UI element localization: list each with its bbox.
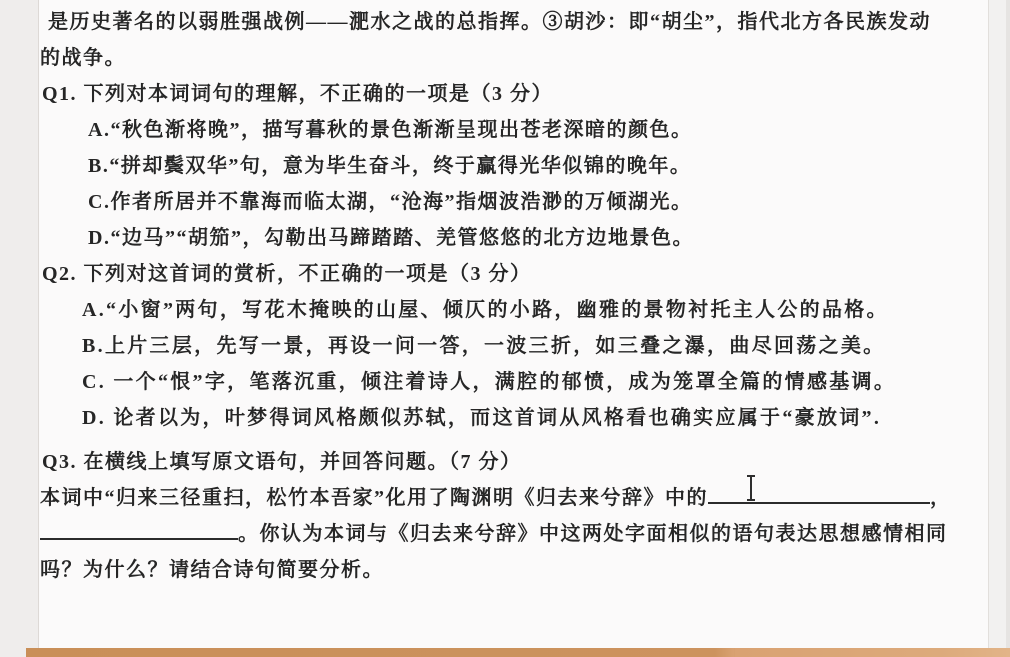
q1-option-a: A.“秋色渐将晚”，描写暮秋的景色渐渐呈现出苍老深暗的颜色。 bbox=[40, 112, 988, 148]
frame-right-edge bbox=[1006, 0, 1010, 657]
q3-stem: Q3. 在横线上填写原文语句，并回答问题。（7 分） bbox=[40, 444, 988, 480]
exam-document: 是历史著名的以弱胜强战例——淝水之战的总指挥。③胡沙：即“胡尘”，指代北方各民族… bbox=[40, 4, 988, 588]
q3-fill-comma: ， bbox=[930, 487, 952, 509]
q2-stem: Q2. 下列对这首词的赏析，不正确的一项是（3 分） bbox=[40, 256, 988, 292]
q3-last-line: 吗？为什么？请结合诗句简要分析。 bbox=[40, 552, 988, 588]
q2-option-c: C. 一个“恨”字，笔落沉重，倾注着诗人，满腔的郁愤，成为笼罩全篇的情感基调。 bbox=[40, 364, 988, 400]
q2-option-d: D. 论者以为，叶梦得词风格颇似苏轼，而这首词从风格看也确实应属于“豪放词”. bbox=[40, 400, 988, 436]
note-line-2: 的战争。 bbox=[40, 40, 988, 76]
q3-fill-prefix: 本词中“归来三径重扫，松竹本吾家”化用了陶渊明《归去来兮辞》中的 bbox=[40, 487, 708, 509]
answer-blank-2[interactable] bbox=[40, 516, 238, 540]
answer-blank-1[interactable] bbox=[708, 480, 930, 504]
text-cursor-icon bbox=[750, 476, 752, 500]
q2-option-a: A.“小窗”两句，写花木掩映的山屋、倾仄的小路，幽雅的景物衬托主人公的品格。 bbox=[40, 292, 988, 328]
page-left-edge bbox=[0, 0, 39, 657]
note-line-1: 是历史著名的以弱胜强战例——淝水之战的总指挥。③胡沙：即“胡尘”，指代北方各民族… bbox=[40, 4, 988, 40]
q3-fill-line-1: 本词中“归来三径重扫，松竹本吾家”化用了陶渊明《归去来兮辞》中的， bbox=[40, 480, 988, 516]
q3-after-blank2: 。你认为本词与《归去来兮辞》中这两处字面相似的语句表达思想感情相同 bbox=[238, 523, 948, 545]
q1-option-c: C.作者所居并不靠海而临太湖，“沧海”指烟波浩渺的万倾湖光。 bbox=[40, 184, 988, 220]
q1-stem: Q1. 下列对本词词句的理解，不正确的一项是（3 分） bbox=[40, 76, 988, 112]
q1-option-b: B.“拼却鬓双华”句，意为毕生奋斗，终于赢得光华似锦的晚年。 bbox=[40, 148, 988, 184]
progress-bar[interactable] bbox=[26, 648, 1010, 657]
progress-bar-playhead bbox=[734, 648, 735, 657]
q3-fill-line-2: 。你认为本词与《归去来兮辞》中这两处字面相似的语句表达思想感情相同 bbox=[40, 516, 988, 552]
q1-option-d: D.“边马”“胡笳”，勾勒出马蹄踏踏、羌管悠悠的北方边地景色。 bbox=[40, 220, 988, 256]
q2-option-b: B.上片三层，先写一景，再设一问一答，一波三折，如三叠之瀑，曲尽回荡之美。 bbox=[40, 328, 988, 364]
